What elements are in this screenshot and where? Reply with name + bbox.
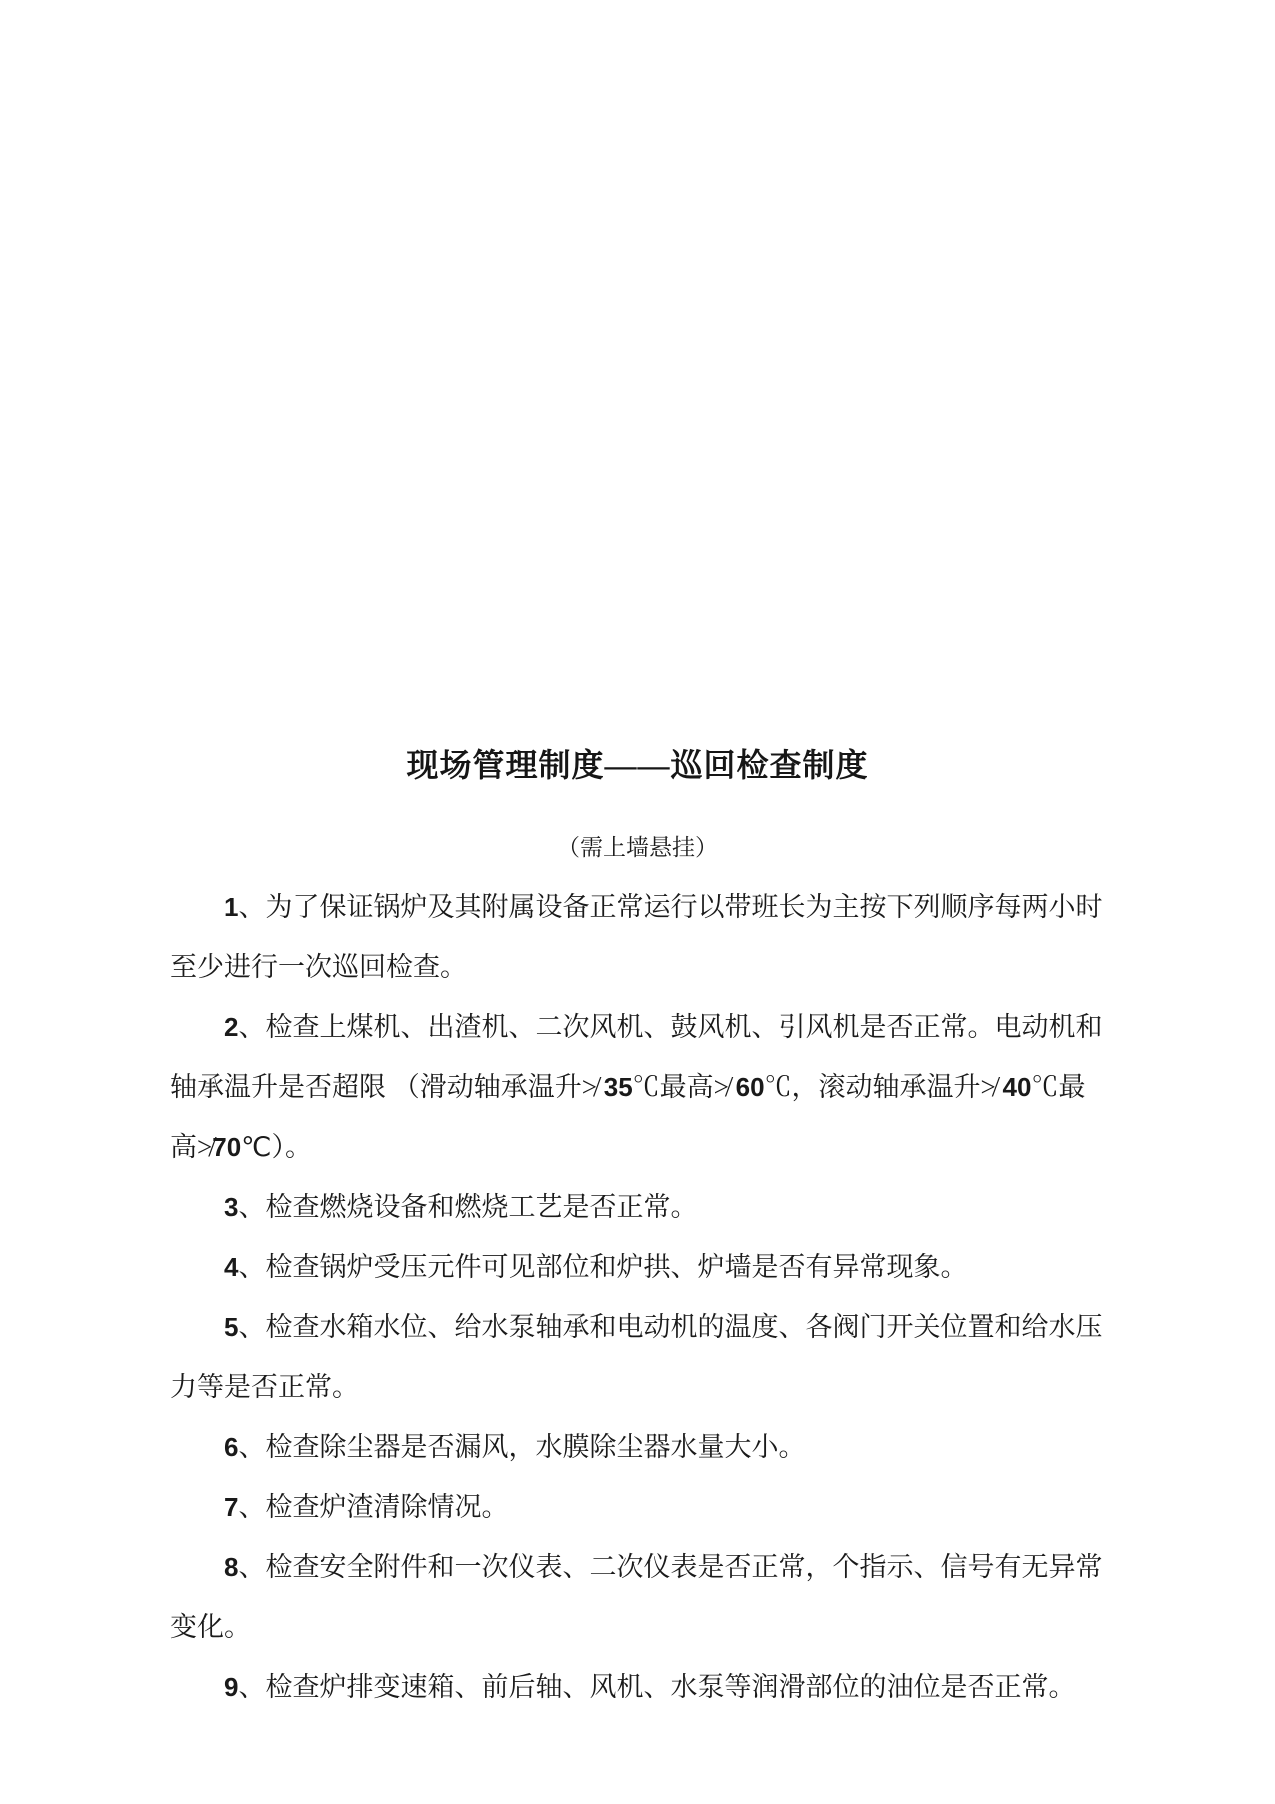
document-title: 现场管理制度——巡回检查制度 xyxy=(170,745,1105,785)
document-page: 现场管理制度——巡回检查制度 （需上墙悬挂） 1、为了保证锅炉及其附属设备正常运… xyxy=(0,0,1275,1804)
paragraph-number: 9 xyxy=(224,1672,238,1702)
paragraph-number: 35 xyxy=(604,1072,633,1102)
paragraph-text: 、检查除尘器是否漏风，水膜除尘器水量大小。 xyxy=(238,1432,805,1462)
paragraph-text: 、检查水箱水位、给水泵轴承和电动机的温度、各阀门开关位置和给水压力等是否正常。 xyxy=(170,1312,1102,1402)
paragraph-text: 、检查安全附件和一次仪表、二次仪表是否正常，个指示、信号有无异常变化。 xyxy=(170,1552,1102,1642)
paragraph-number: 1 xyxy=(224,892,238,922)
paragraph-text: ℃，滚动轴承温升≯ xyxy=(765,1072,1003,1102)
paragraph-number: 3 xyxy=(224,1192,238,1222)
paragraph-text: 、为了保证锅炉及其附属设备正常运行以带班长为主按下列顺序每两小时至少进行一次巡回… xyxy=(170,892,1102,982)
paragraph-text: 、检查炉渣清除情况。 xyxy=(238,1492,508,1522)
paragraph-text: ℃）。 xyxy=(241,1132,312,1162)
paragraph-number: 6 xyxy=(224,1432,238,1462)
paragraph-number: 7 xyxy=(224,1492,238,1522)
paragraph-text: 、检查燃烧设备和燃烧工艺是否正常。 xyxy=(238,1192,697,1222)
paragraph-number: 40 xyxy=(1003,1072,1032,1102)
paragraph: 8、检查安全附件和一次仪表、二次仪表是否正常，个指示、信号有无异常变化。 xyxy=(170,1537,1105,1657)
paragraph: 2、检查上煤机、出渣机、二次风机、鼓风机、引风机是否正常。电动机和轴承温升是否超… xyxy=(170,997,1105,1177)
paragraph-number: 2 xyxy=(224,1012,238,1042)
paragraph-text: 、检查锅炉受压元件可见部位和炉拱、炉墙是否有异常现象。 xyxy=(238,1252,967,1282)
paragraph-text: 、检查炉排变速箱、前后轴、风机、水泵等润滑部位的油位是否正常。 xyxy=(238,1672,1075,1702)
paragraph-number: 8 xyxy=(224,1552,238,1582)
document-body: 1、为了保证锅炉及其附属设备正常运行以带班长为主按下列顺序每两小时至少进行一次巡… xyxy=(170,877,1105,1717)
paragraph: 5、检查水箱水位、给水泵轴承和电动机的温度、各阀门开关位置和给水压力等是否正常。 xyxy=(170,1297,1105,1417)
paragraph: 1、为了保证锅炉及其附属设备正常运行以带班长为主按下列顺序每两小时至少进行一次巡… xyxy=(170,877,1105,997)
paragraph-text: ℃最高≯ xyxy=(633,1072,736,1102)
paragraph: 4、检查锅炉受压元件可见部位和炉拱、炉墙是否有异常现象。 xyxy=(170,1237,1105,1297)
paragraph: 9、检查炉排变速箱、前后轴、风机、水泵等润滑部位的油位是否正常。 xyxy=(170,1657,1105,1717)
paragraph-number: 60 xyxy=(736,1072,765,1102)
paragraph: 6、检查除尘器是否漏风，水膜除尘器水量大小。 xyxy=(170,1417,1105,1477)
paragraph-number: 70 xyxy=(212,1132,241,1162)
paragraph-number: 4 xyxy=(224,1252,238,1282)
paragraph-number: 5 xyxy=(224,1312,238,1342)
paragraph: 7、检查炉渣清除情况。 xyxy=(170,1477,1105,1537)
document-subtitle: （需上墙悬挂） xyxy=(170,833,1105,863)
paragraph: 3、检查燃烧设备和燃烧工艺是否正常。 xyxy=(170,1177,1105,1237)
